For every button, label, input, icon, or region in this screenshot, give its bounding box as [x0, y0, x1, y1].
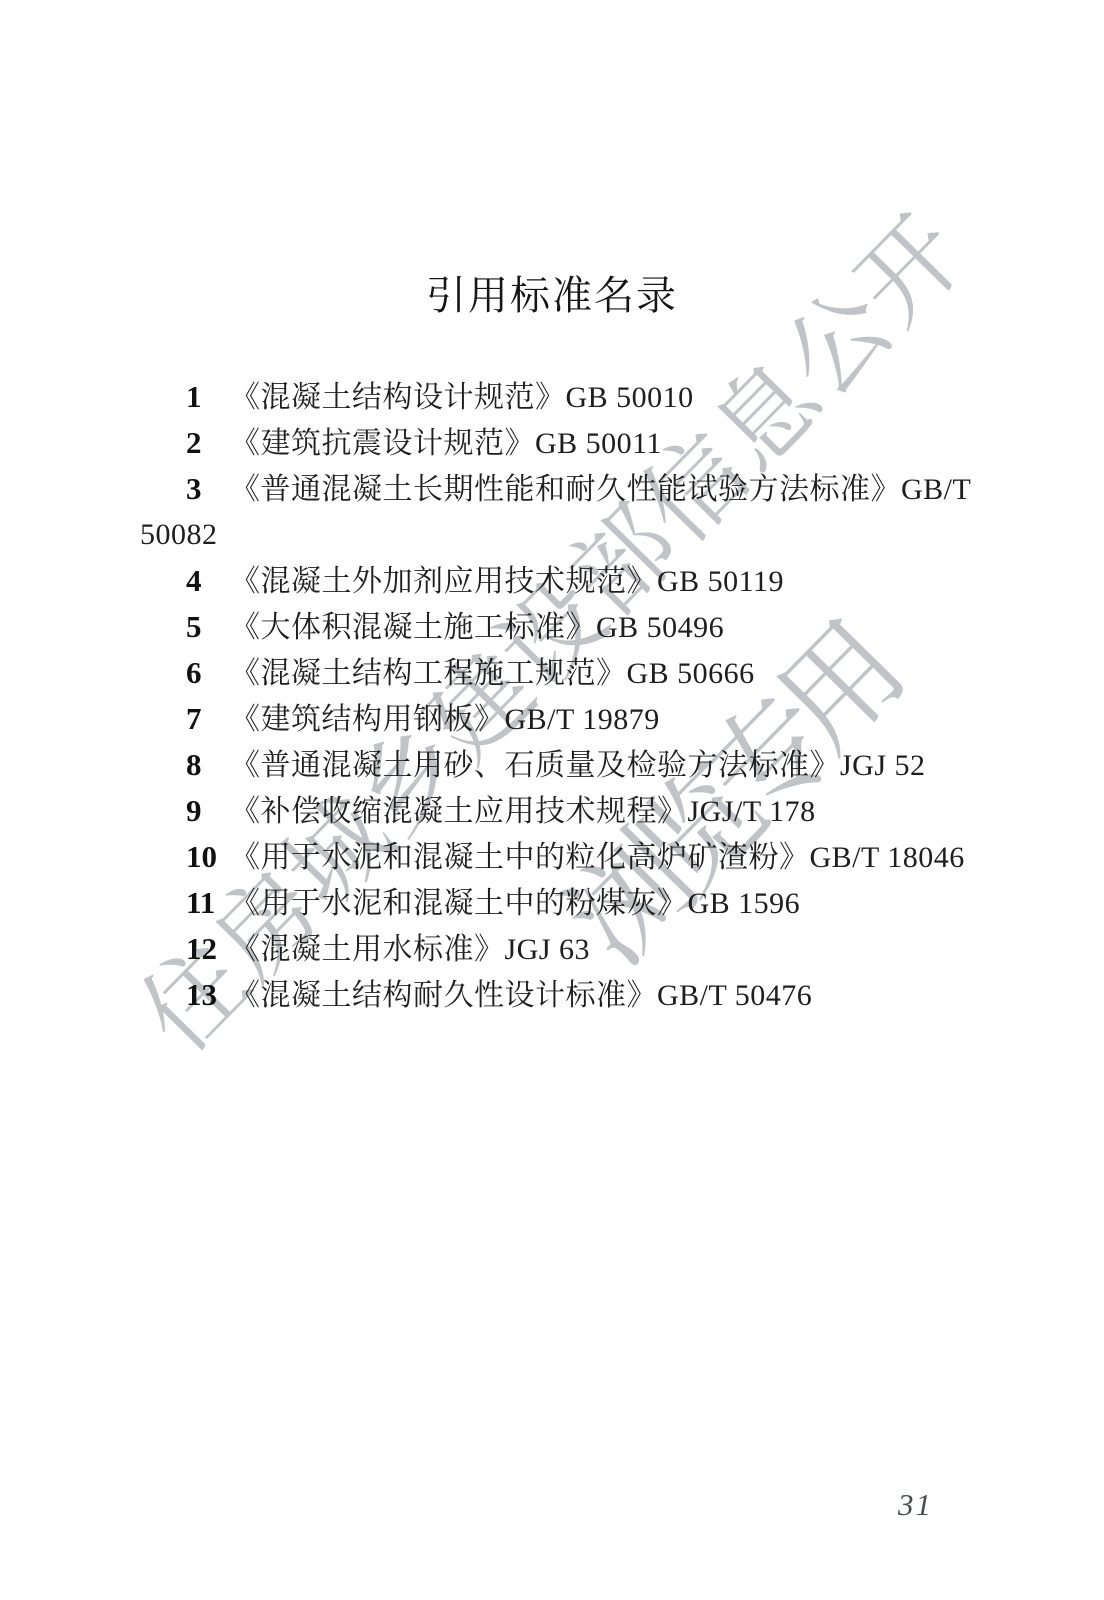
standard-text: 《普通混凝土长期性能和耐久性能试验方法标准》GB/T [230, 473, 971, 506]
standard-text: 《建筑抗震设计规范》GB 50011 [230, 427, 662, 460]
standard-number: 1 [186, 374, 220, 420]
standard-line: 1《混凝土结构设计规范》GB 50010 [0, 374, 1104, 420]
standard-line: 8《普通混凝土用砂、石质量及检验方法标准》JGJ 52 [0, 742, 1104, 788]
standards-list: 1《混凝土结构设计规范》GB 50010 2《建筑抗震设计规范》GB 50011… [0, 374, 1104, 1018]
standard-text: 50082 [140, 518, 218, 551]
standard-text: 《用于水泥和混凝土中的粒化高炉矿渣粉》GB/T 18046 [230, 841, 965, 874]
standard-number: 7 [186, 696, 220, 742]
standard-number: 4 [186, 558, 220, 604]
standard-line: 7《建筑结构用钢板》GB/T 19879 [0, 696, 1104, 742]
standard-number: 11 [186, 880, 220, 926]
document-content: 引用标准名录 1《混凝土结构设计规范》GB 50010 2《建筑抗震设计规范》G… [0, 0, 1104, 1600]
page-title: 引用标准名录 [0, 264, 1104, 321]
standard-number: 5 [186, 604, 220, 650]
standard-text: 《混凝土结构工程施工规范》GB 50666 [230, 657, 755, 690]
standard-text: 《补偿收缩混凝土应用技术规程》JGJ/T 178 [230, 795, 816, 828]
standard-line: 12《混凝土用水标准》JGJ 63 [0, 926, 1104, 972]
standard-number: 6 [186, 650, 220, 696]
standard-number: 13 [186, 972, 220, 1018]
standard-text: 《普通混凝土用砂、石质量及检验方法标准》JGJ 52 [230, 749, 926, 782]
standard-line: 5《大体积混凝土施工标准》GB 50496 [0, 604, 1104, 650]
standard-text: 《建筑结构用钢板》GB/T 19879 [230, 703, 660, 736]
standard-number: 3 [186, 466, 220, 512]
standard-text: 《混凝土外加剂应用技术规范》GB 50119 [230, 565, 784, 598]
standard-line: 13《混凝土结构耐久性设计标准》GB/T 50476 [0, 972, 1104, 1018]
standard-number: 8 [186, 742, 220, 788]
standard-text: 《混凝土结构设计规范》GB 50010 [230, 381, 694, 414]
standard-text: 《用于水泥和混凝土中的粉煤灰》GB 1596 [230, 887, 800, 920]
standard-text: 《大体积混凝土施工标准》GB 50496 [230, 611, 724, 644]
standard-line: 6《混凝土结构工程施工规范》GB 50666 [0, 650, 1104, 696]
standard-line-continuation: 50082 [0, 512, 1104, 558]
standard-line: 2《建筑抗震设计规范》GB 50011 [0, 420, 1104, 466]
standard-number: 2 [186, 420, 220, 466]
document-page: 住房城乡建设部信息公开 浏览专用 引用标准名录 1《混凝土结构设计规范》GB 5… [0, 0, 1104, 1600]
standard-text: 《混凝土结构耐久性设计标准》GB/T 50476 [230, 979, 812, 1012]
standard-number: 12 [186, 926, 220, 972]
standard-number: 10 [186, 834, 220, 880]
standard-line: 9《补偿收缩混凝土应用技术规程》JGJ/T 178 [0, 788, 1104, 834]
standard-text: 《混凝土用水标准》JGJ 63 [230, 933, 590, 966]
page-number: 31 [898, 1487, 933, 1523]
standard-line: 4《混凝土外加剂应用技术规范》GB 50119 [0, 558, 1104, 604]
standard-line: 10《用于水泥和混凝土中的粒化高炉矿渣粉》GB/T 18046 [0, 834, 1104, 880]
standard-line: 11《用于水泥和混凝土中的粉煤灰》GB 1596 [0, 880, 1104, 926]
standard-number: 9 [186, 788, 220, 834]
standard-line: 3《普通混凝土长期性能和耐久性能试验方法标准》GB/T [0, 466, 1104, 512]
